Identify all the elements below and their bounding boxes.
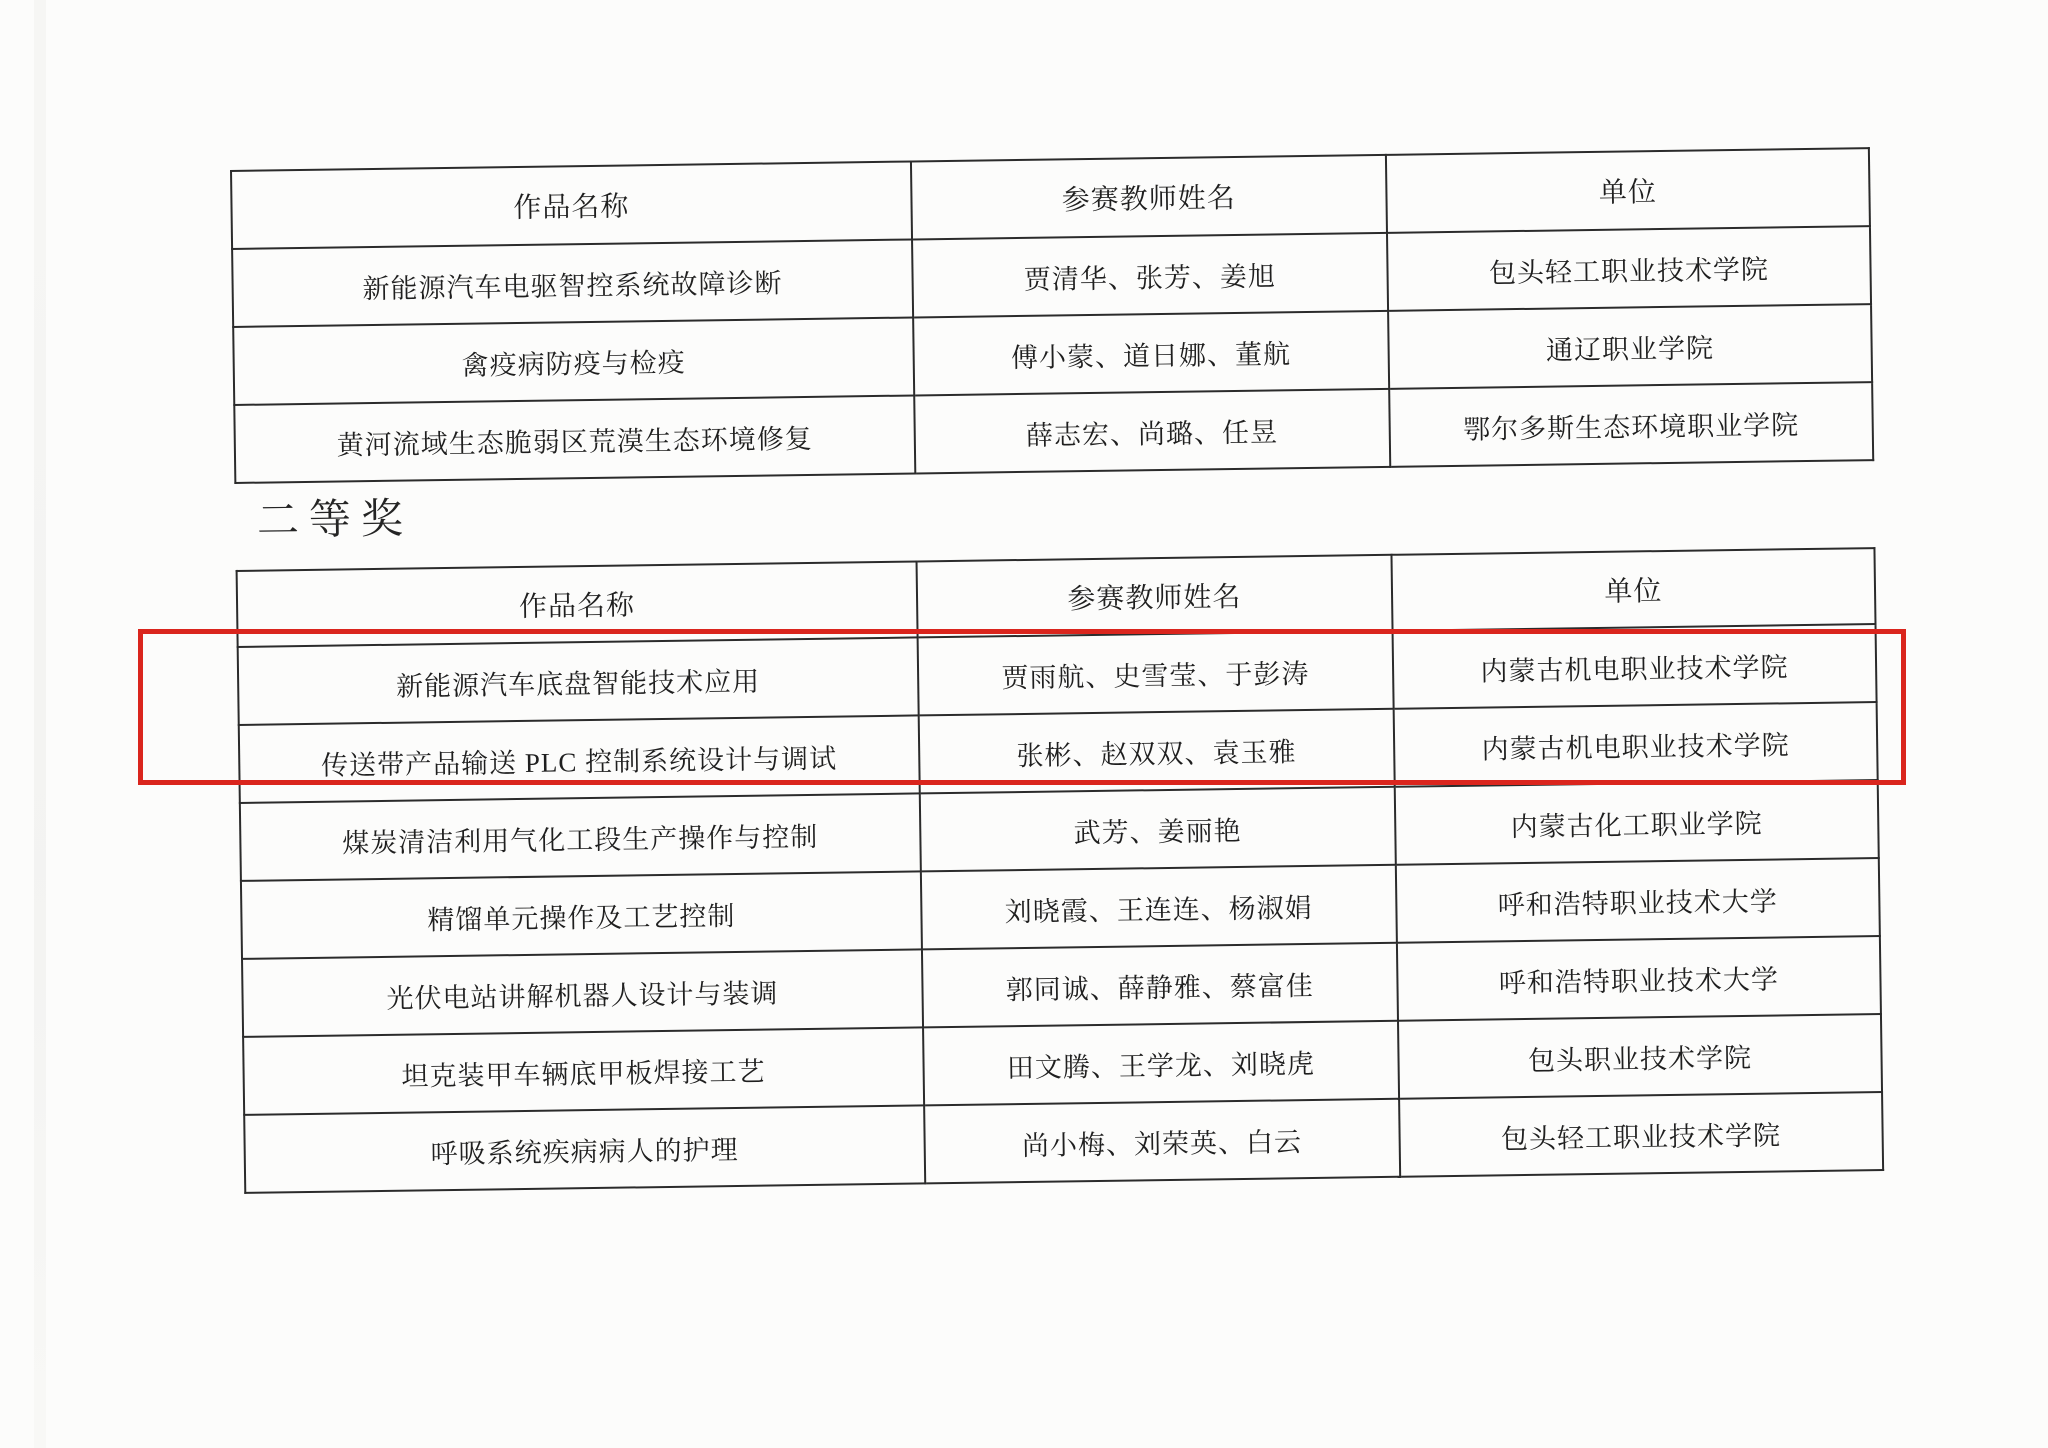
table-cell: 薛志宏、尚璐、任昱 — [914, 389, 1390, 474]
table-cell: 贾清华、张芳、姜旭 — [912, 233, 1388, 318]
table-cell: 贾雨航、史雪莹、于彭涛 — [917, 631, 1393, 716]
first-prize-table: 作品名称参赛教师姓名单位新能源汽车电驱智控系统故障诊断贾清华、张芳、姜旭包头轻工… — [230, 147, 1874, 484]
table-cell: 通辽职业学院 — [1388, 304, 1872, 389]
header-cell: 参赛教师姓名 — [916, 555, 1392, 638]
scanned-document-page: 作品名称参赛教师姓名单位新能源汽车电驱智控系统故障诊断贾清华、张芳、姜旭包头轻工… — [0, 0, 2048, 1448]
table-cell: 内蒙古化工职业学院 — [1395, 780, 1879, 865]
table-cell: 包头轻工职业技术学院 — [1387, 226, 1871, 311]
table-cell: 武芳、姜丽艳 — [920, 787, 1396, 872]
table-cell: 内蒙古机电职业技术学院 — [1393, 702, 1877, 787]
table-cell: 郭同诚、薛静雅、蔡富佳 — [922, 943, 1398, 1028]
second-prize-table: 作品名称参赛教师姓名单位新能源汽车底盘智能技术应用贾雨航、史雪莹、于彭涛内蒙古机… — [236, 547, 1885, 1194]
header-cell: 单位 — [1391, 548, 1875, 631]
document-content: 作品名称参赛教师姓名单位新能源汽车电驱智控系统故障诊断贾清华、张芳、姜旭包头轻工… — [230, 147, 1885, 1280]
scan-edge-artifact — [34, 0, 46, 1448]
section-heading: 二等奖 — [256, 485, 413, 547]
table-cell: 黄河流域生态脆弱区荒漠生态环境修复 — [234, 395, 915, 482]
header-cell: 单位 — [1386, 148, 1870, 233]
table-cell: 禽疫病防疫与检疫 — [233, 317, 914, 404]
header-cell: 参赛教师姓名 — [911, 155, 1387, 240]
table-cell: 尚小梅、刘荣英、白云 — [924, 1099, 1400, 1184]
table-cell: 精馏单元操作及工艺控制 — [241, 871, 922, 958]
header-cell: 作品名称 — [237, 561, 918, 646]
table-cell: 坦克装甲车辆底甲板焊接工艺 — [243, 1027, 924, 1114]
table-cell: 呼和浩特职业技术大学 — [1397, 936, 1881, 1021]
table-cell: 张彬、赵双双、袁玉雅 — [918, 709, 1394, 794]
table-cell: 田文腾、王学龙、刘晓虎 — [923, 1021, 1399, 1106]
table-cell: 鄂尔多斯生态环境职业学院 — [1389, 382, 1873, 467]
table-cell: 刘晓霞、王连连、杨淑娟 — [921, 865, 1397, 950]
table-cell: 新能源汽车电驱智控系统故障诊断 — [232, 239, 913, 326]
table-cell: 煤炭清洁利用气化工段生产操作与控制 — [240, 793, 921, 880]
table-cell: 傅小蒙、道日娜、董航 — [913, 311, 1389, 396]
table-cell: 包头轻工职业技术学院 — [1399, 1092, 1883, 1177]
table-cell: 包头职业技术学院 — [1398, 1014, 1882, 1099]
header-cell: 作品名称 — [231, 161, 912, 248]
table-cell: 内蒙古机电职业技术学院 — [1392, 624, 1876, 709]
table-cell: 呼吸系统疾病病人的护理 — [244, 1105, 925, 1192]
table-cell: 新能源汽车底盘智能技术应用 — [238, 637, 919, 724]
table-cell: 传送带产品输送 PLC 控制系统设计与调试 — [239, 715, 920, 802]
table-cell: 光伏电站讲解机器人设计与装调 — [242, 949, 923, 1036]
table-cell: 呼和浩特职业技术大学 — [1396, 858, 1880, 943]
